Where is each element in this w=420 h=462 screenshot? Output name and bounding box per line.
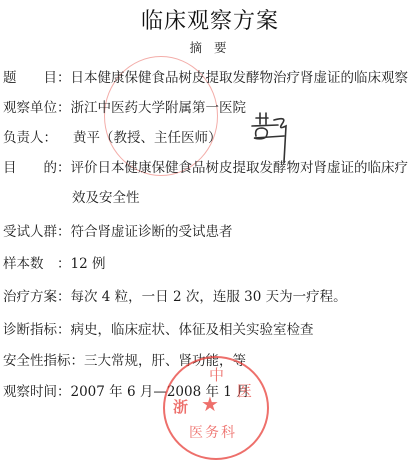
field-label: 受试人群： [3,220,71,240]
field-safety: 安全性指标：三大常规，肝、肾功能，等 [3,349,246,369]
field-label: 目 的： [3,156,71,176]
field-sample-size: 样本数 ：12 例 [3,252,105,272]
field-treatment: 治疗方案：每次 4 粒，一日 2 次，连服 30 天为一疗程。 [3,285,347,305]
field-purpose-continued: 效及安全性 [72,186,140,206]
field-label: 治疗方案： [3,285,71,305]
field-value: 三大常规，肝、肾功能，等 [84,349,246,369]
field-value: 2007 年 6 月—2008 年 1 月 [71,380,250,400]
field-label: 观察单位： [3,96,71,116]
abstract-heading: 摘 要 [0,38,420,56]
field-label: 安全性指标： [3,349,84,369]
field-value: 每次 4 粒，一日 2 次，连服 30 天为一疗程。 [71,285,347,305]
field-title: 题 目：日本健康保健食品树皮提取发酵物治疗肾虚证的临床观察 [3,66,408,86]
handwritten-signature [248,110,298,166]
field-responsible: 负责人：黄平（教授、主任医师） [3,126,222,146]
field-population: 受试人群：符合肾虚证诊断的受试患者 [3,220,233,240]
field-value: 12 例 [71,252,106,272]
field-value: 符合肾虚证诊断的受试患者 [71,220,233,240]
field-purpose: 目 的：评价日本健康保健食品树皮提取发酵物对肾虚证的临床疗 [3,156,408,176]
document-title: 临床观察方案 [0,4,420,35]
field-value: 日本健康保健食品树皮提取发酵物治疗肾虚证的临床观察 [71,66,409,86]
field-value: 浙江中医药大学附属第一医院 [71,96,247,116]
field-label: 题 目： [3,66,71,86]
field-value: 黄平（教授、主任医师） [73,126,222,146]
field-label: 样本数 ： [3,252,71,272]
field-label: 观察时间： [3,380,71,400]
field-value: 效及安全性 [72,186,140,206]
field-unit: 观察单位：浙江中医药大学附属第一医院 [3,96,246,116]
field-value: 评价日本健康保健食品树皮提取发酵物对肾虚证的临床疗 [71,156,409,176]
field-diagnosis: 诊断指标：病史，临床症状、体征及相关实验室检查 [3,318,314,338]
field-period: 观察时间：2007 年 6 月—2008 年 1 月 [3,380,250,400]
field-label: 负责人： [3,126,73,146]
field-label: 诊断指标： [3,318,71,338]
official-seal-bottom: 中 医 浙 ★ 医务科 [163,356,269,460]
field-value: 病史，临床症状、体征及相关实验室检查 [71,318,314,338]
stamp-char: 医务科 [189,422,237,442]
